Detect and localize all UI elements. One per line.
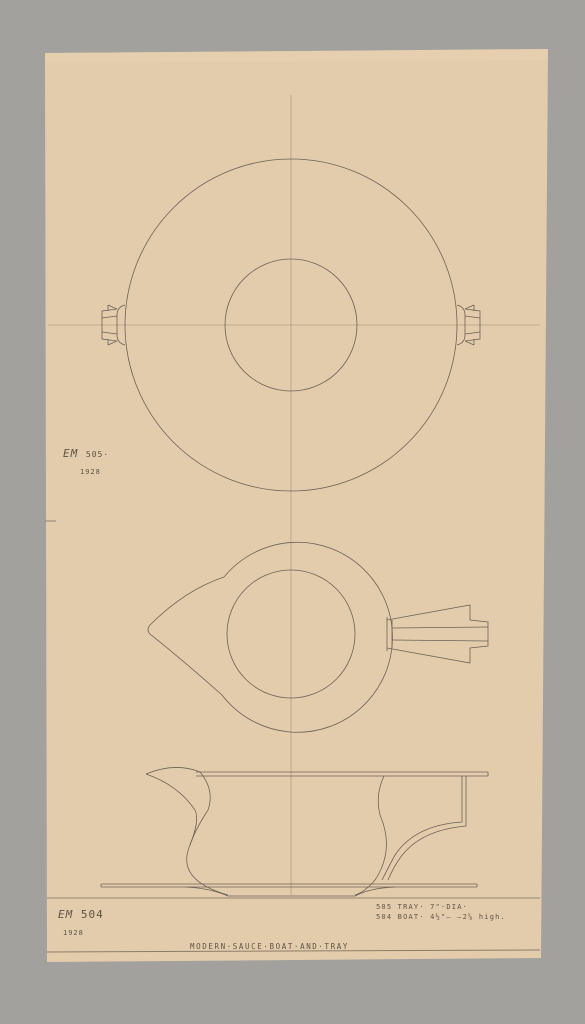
monogram: EM [58, 908, 73, 921]
tray-year: 1928 [80, 468, 101, 476]
spec-line-boat: 504 BOAT· 4½"– –2⅝ high. [376, 913, 506, 921]
boat-maker-mark: EM 504 [58, 908, 104, 921]
tray-maker-mark: EM 505· [63, 447, 109, 460]
spec-line-tray: 505 TRAY· 7"·DIA· [376, 903, 468, 911]
drawing-sheet [0, 0, 585, 1024]
drawing-title: MODERN·SAUCE·BOAT·AND·TRAY [190, 942, 349, 951]
paper-sheet [45, 49, 548, 962]
boat-year: 1928 [63, 929, 84, 937]
tray-number: 505· [86, 450, 109, 459]
boat-number: 504 [81, 908, 104, 921]
monogram: EM [63, 447, 78, 460]
